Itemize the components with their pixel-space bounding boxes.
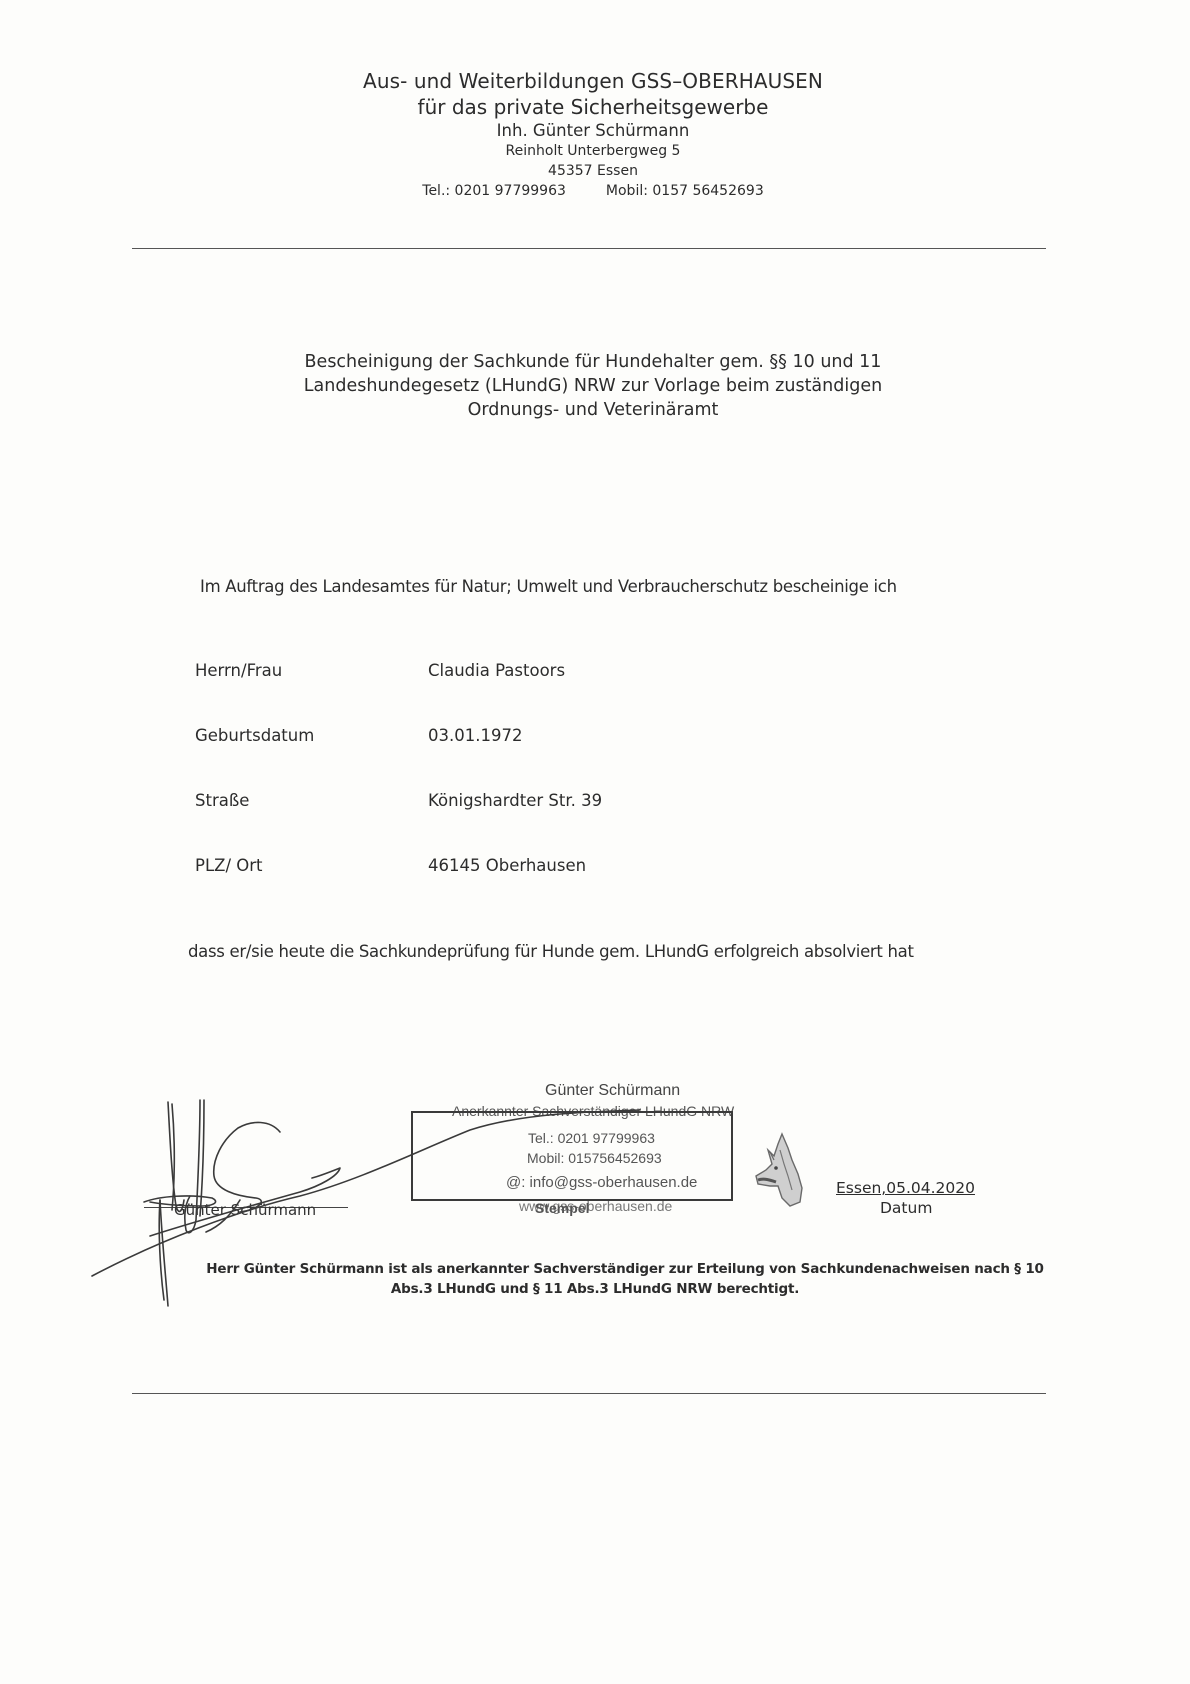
field-value-birthdate: 03.01.1972 [428,726,522,745]
company-mobil: Mobil: 0157 56452693 [606,183,764,199]
document-title-line-2: Landeshundegesetz (LHundG) NRW zur Vorla… [0,376,1188,396]
authorization-notice-line-2: Abs.3 LHundG und § 11 Abs.3 LHundG NRW b… [0,1281,1190,1297]
certificate-page: Aus- und Weiterbildungen GSS–OBERHAUSEN … [0,0,1190,1684]
handwritten-signature [0,0,1190,1684]
field-value-name: Claudia Pastoors [428,661,565,680]
stamp-tel: Tel.: 0201 97799963 [528,1130,655,1146]
company-subtitle: für das private Sicherheitsgewerbe [0,95,1188,119]
stamp-label: Stempel [535,1200,589,1216]
header-divider [132,248,1046,249]
field-label-street: Straße [195,791,249,810]
stamp-email: @: info@gss-oberhausen.de [506,1174,697,1191]
dog-head-icon [752,1130,807,1210]
document-title-line-1: Bescheinigung der Sachkunde für Hundehal… [0,352,1188,372]
company-street: Reinholt Unterbergweg 5 [0,143,1188,159]
stamp-name: Günter Schürmann [545,1082,680,1100]
company-contact: Tel.: 0201 97799963Mobil: 0157 56452693 [0,183,1188,199]
authorization-notice-line-1: Herr Günter Schürmann ist als anerkannte… [30,1261,1190,1277]
company-owner: Inh. Günter Schürmann [0,121,1188,140]
field-value-city: 46145 Oberhausen [428,856,586,875]
signature-name: Günter Schürmann [174,1201,316,1219]
company-city: 45357 Essen [0,163,1188,179]
field-label-name: Herrn/Frau [195,661,282,680]
document-title-line-3: Ordnungs- und Veterinäramt [0,400,1188,420]
company-name: Aus- und Weiterbildungen GSS–OBERHAUSEN [0,69,1188,93]
date-value: Essen,05.04.2020 [836,1179,975,1197]
intro-text: Im Auftrag des Landesamtes für Natur; Um… [200,577,897,596]
field-label-city: PLZ/ Ort [195,856,263,875]
footer-divider [132,1393,1046,1394]
field-label-birthdate: Geburtsdatum [195,726,314,745]
company-tel: Tel.: 0201 97799963 [422,183,566,199]
result-text: dass er/sie heute die Sachkundeprüfung f… [188,942,914,961]
field-value-street: Königshardter Str. 39 [428,791,602,810]
stamp-mobil: Mobil: 015756452693 [527,1150,662,1166]
date-label: Datum [880,1199,932,1217]
